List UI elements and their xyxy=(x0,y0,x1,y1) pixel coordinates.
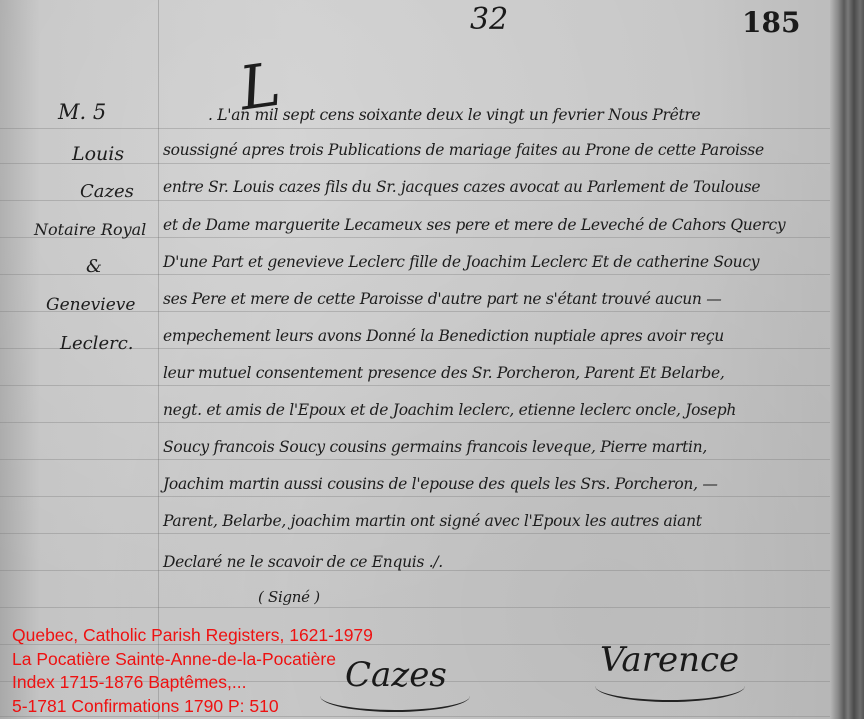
record-line-12: Parent, Belarbe, joachim martin ont sign… xyxy=(163,512,702,530)
signature-priest-flourish xyxy=(595,670,745,702)
record-line-8: leur mutuel consentement presence des Sr… xyxy=(163,364,724,382)
record-line-4: et de Dame marguerite Lecameux ses pere … xyxy=(163,216,785,234)
margin-rule xyxy=(158,0,159,719)
record-line-11: Joachim martin aussi cousins de l'epouse… xyxy=(163,475,718,493)
source-caption: Quebec, Catholic Parish Registers, 1621-… xyxy=(12,624,373,718)
margin-entry-number: M. 5 xyxy=(58,100,106,124)
record-line-6: ses Pere et mere de cette Paroisse d'aut… xyxy=(163,290,721,308)
folio-number-left: 32 xyxy=(470,2,508,37)
record-line-9: negt. et amis de l'Epoux et de Joachim l… xyxy=(163,401,736,419)
record-line-5: D'une Part et genevieve Leclerc fille de… xyxy=(163,253,759,271)
margin-groom-surname: Cazes xyxy=(80,181,134,202)
folio-number-right: 185 xyxy=(742,6,800,39)
margin-ampersand: & xyxy=(86,256,102,277)
ruled-line xyxy=(0,274,830,275)
ruled-line xyxy=(0,128,830,129)
record-line-13: Declaré ne le scavoir de ce Enquis ./. xyxy=(163,553,443,571)
caption-collection: Quebec, Catholic Parish Registers, 1621-… xyxy=(12,624,373,648)
ruled-line xyxy=(0,607,830,608)
record-line-10: Soucy francois Soucy cousins germains fr… xyxy=(163,438,707,456)
ruled-line xyxy=(0,533,830,534)
caption-volume: Index 1715-1876 Baptêmes,... xyxy=(12,671,373,695)
signed-label: ( Signé ) xyxy=(258,588,320,606)
margin-bride-first-name: Genevieve xyxy=(46,295,135,315)
margin-groom-occupation: Notaire Royal xyxy=(34,220,146,239)
ruled-line xyxy=(0,459,830,460)
caption-parish: La Pocatière Sainte-Anne-de-la-Pocatière xyxy=(12,648,373,672)
ruled-line xyxy=(0,496,830,497)
ruled-line xyxy=(0,163,830,164)
ruled-line xyxy=(0,422,830,423)
record-line-3: entre Sr. Louis cazes fils du Sr. jacque… xyxy=(163,178,760,196)
record-line-1: . L'an mil sept cens soixante deux le vi… xyxy=(208,106,700,124)
caption-page: 5-1781 Confirmations 1790 P: 510 xyxy=(12,695,373,719)
record-line-2: soussigné apres trois Publications de ma… xyxy=(163,141,764,159)
book-binding-edge xyxy=(830,0,864,719)
ruled-line xyxy=(0,385,830,386)
margin-bride-surname: Leclerc. xyxy=(60,333,134,354)
margin-groom-first-name: Louis xyxy=(72,143,124,165)
record-line-7: empechement leurs avons Donné la Benedic… xyxy=(163,327,724,345)
register-page-scan: 32 185 M. 5 Louis Cazes Notaire Royal & … xyxy=(0,0,864,719)
